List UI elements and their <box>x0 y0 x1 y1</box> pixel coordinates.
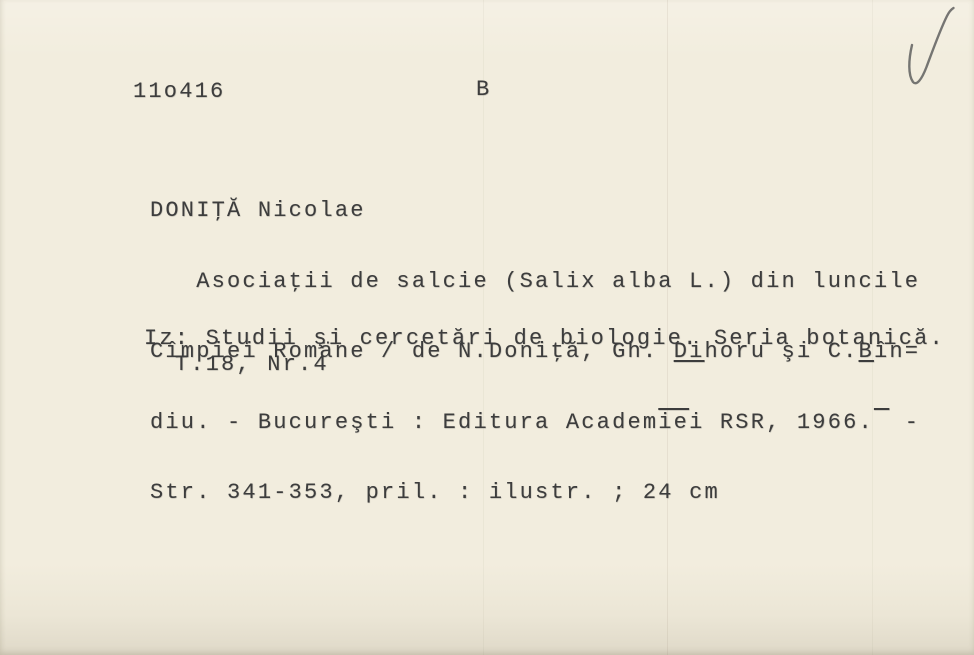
overline-mark <box>874 410 889 435</box>
collation-line: Str. 341-353, pril. : ilustr. ; 24 cm <box>150 481 920 505</box>
overline-mark: ie <box>658 410 689 435</box>
title-line: Asociaţii de salcie (Salix alba L.) din … <box>150 270 920 294</box>
handwritten-checkmark-icon <box>880 0 974 100</box>
section-letter: B <box>476 78 491 102</box>
catalog-card: 11o416 B DONIŢĂ Nicolae Asociaţii de sal… <box>0 0 974 655</box>
call-number: 11o416 <box>133 80 225 104</box>
source-note-line-1: Iz: Studii şi cercetări de biologie. Ser… <box>144 327 945 351</box>
imprint-line: diu. - Bucureşti : Editura Academiei RSR… <box>150 411 920 435</box>
source-note-line-2: T.18, Nr.4 <box>144 353 329 377</box>
author-heading: DONIŢĂ Nicolae <box>150 199 920 223</box>
